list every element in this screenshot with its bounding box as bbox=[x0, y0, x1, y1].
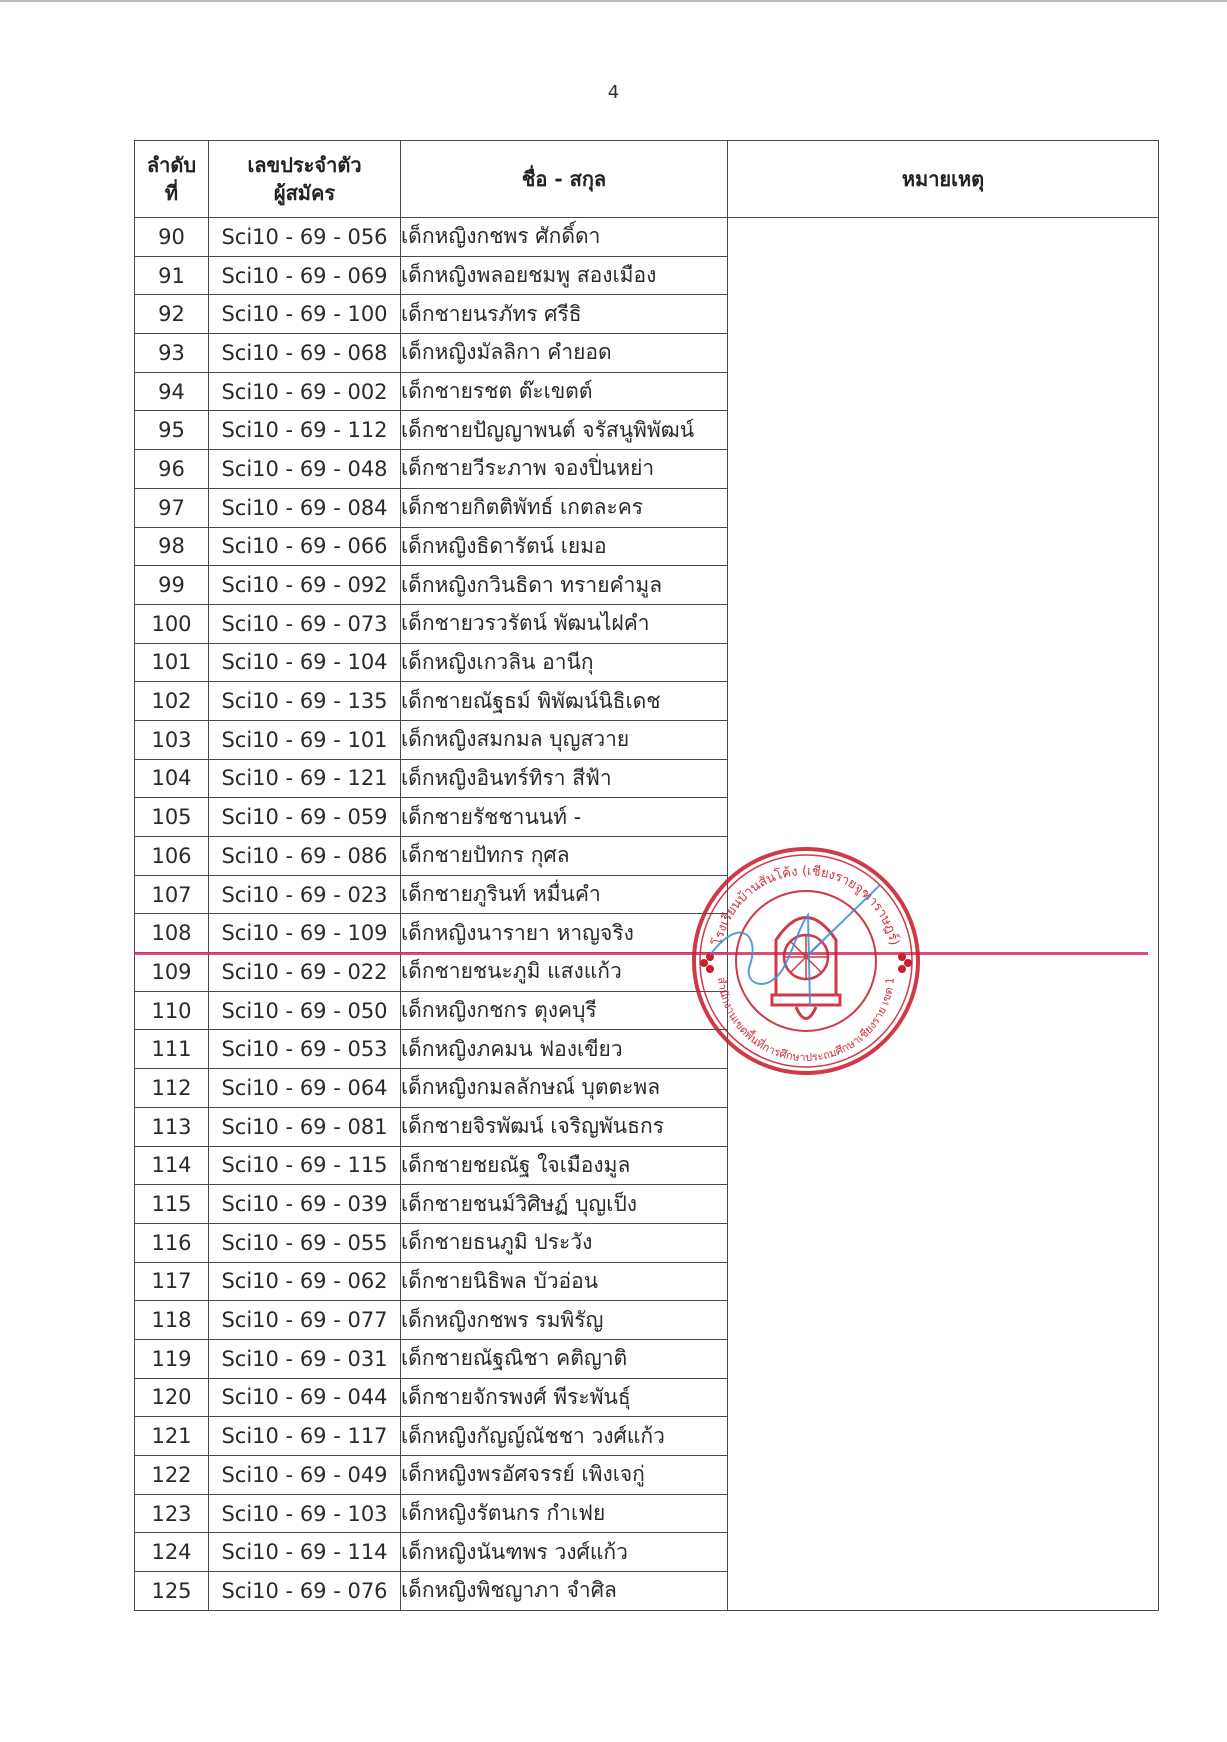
order-number-cell: 121 bbox=[135, 1417, 209, 1456]
applicant-id-cell: Sci10 - 69 - 086 bbox=[209, 837, 401, 876]
applicant-id-cell: Sci10 - 69 - 073 bbox=[209, 604, 401, 643]
order-number-cell: 125 bbox=[135, 1572, 209, 1611]
school-seal-stamp: โรงเรียนบ้านสันโค้ง (เชียงรายจูฑาราษฎร์)… bbox=[690, 845, 922, 1077]
order-number-cell: 124 bbox=[135, 1533, 209, 1572]
full-name-cell: เด็กชายชยณัฐ ใจเมืองมูล bbox=[401, 1146, 728, 1185]
full-name-cell: เด็กชายณัฐณิชา คติญาติ bbox=[401, 1339, 728, 1378]
table-row: 90Sci10 - 69 - 056เด็กหญิงกชพร ศักดิ์ดา bbox=[135, 218, 1159, 257]
applicant-id-cell: Sci10 - 69 - 044 bbox=[209, 1378, 401, 1417]
applicant-id-cell: Sci10 - 69 - 092 bbox=[209, 566, 401, 605]
full-name-cell: เด็กชายจักรพงศ์ พีระพันธุ์ bbox=[401, 1378, 728, 1417]
table-body: 90Sci10 - 69 - 056เด็กหญิงกชพร ศักดิ์ดา9… bbox=[135, 218, 1159, 1611]
header-applicant-id-line2: ผู้สมัคร bbox=[209, 179, 400, 207]
applicant-id-cell: Sci10 - 69 - 103 bbox=[209, 1494, 401, 1533]
full-name-cell: เด็กชายรัชชานนท์ - bbox=[401, 798, 728, 837]
order-number-cell: 112 bbox=[135, 1069, 209, 1108]
full-name-cell: เด็กชายธนภูมิ ประวัง bbox=[401, 1223, 728, 1262]
full-name-cell: เด็กหญิงพลอยชมพู สองเมือง bbox=[401, 256, 728, 295]
full-name-cell: เด็กชายวีระภาพ จองปิ่นหย่า bbox=[401, 450, 728, 489]
full-name-cell: เด็กหญิงกชพร ศักดิ์ดา bbox=[401, 218, 728, 257]
order-number-cell: 96 bbox=[135, 450, 209, 489]
order-number-cell: 116 bbox=[135, 1223, 209, 1262]
applicant-id-cell: Sci10 - 69 - 068 bbox=[209, 334, 401, 373]
full-name-cell: เด็กชายปัญญาพนต์ จรัสนูพิพัฒน์ bbox=[401, 411, 728, 450]
applicant-id-cell: Sci10 - 69 - 069 bbox=[209, 256, 401, 295]
order-number-cell: 102 bbox=[135, 682, 209, 721]
header-full-name: ชื่อ - สกุล bbox=[401, 141, 728, 218]
order-number-cell: 104 bbox=[135, 759, 209, 798]
header-applicant-id: เลขประจำตัว ผู้สมัคร bbox=[209, 141, 401, 218]
order-number-cell: 103 bbox=[135, 720, 209, 759]
applicant-id-cell: Sci10 - 69 - 081 bbox=[209, 1107, 401, 1146]
header-order-no-line2: ที่ bbox=[135, 179, 208, 207]
order-number-cell: 105 bbox=[135, 798, 209, 837]
applicant-id-cell: Sci10 - 69 - 112 bbox=[209, 411, 401, 450]
applicant-id-cell: Sci10 - 69 - 084 bbox=[209, 488, 401, 527]
order-number-cell: 111 bbox=[135, 1030, 209, 1069]
scan-top-edge bbox=[0, 0, 1227, 2]
order-number-cell: 97 bbox=[135, 488, 209, 527]
applicant-id-cell: Sci10 - 69 - 101 bbox=[209, 720, 401, 759]
full-name-cell: เด็กชายวรวรัตน์ พัฒนไฝคำ bbox=[401, 604, 728, 643]
order-number-cell: 114 bbox=[135, 1146, 209, 1185]
order-number-cell: 119 bbox=[135, 1339, 209, 1378]
order-number-cell: 93 bbox=[135, 334, 209, 373]
full-name-cell: เด็กชายชนม์วิศิษฏ์ บุญเป็ง bbox=[401, 1185, 728, 1224]
full-name-cell: เด็กชายรชต ต๊ะเขตต์ bbox=[401, 372, 728, 411]
full-name-cell: เด็กหญิงอินทร์ทิรา สีฟ้า bbox=[401, 759, 728, 798]
full-name-cell: เด็กชายกิตติพัทธ์ เกตละคร bbox=[401, 488, 728, 527]
order-number-cell: 92 bbox=[135, 295, 209, 334]
full-name-cell: เด็กหญิงกวินธิดา ทรายคำมูล bbox=[401, 566, 728, 605]
order-number-cell: 100 bbox=[135, 604, 209, 643]
applicant-id-cell: Sci10 - 69 - 039 bbox=[209, 1185, 401, 1224]
applicant-id-cell: Sci10 - 69 - 100 bbox=[209, 295, 401, 334]
applicant-id-cell: Sci10 - 69 - 109 bbox=[209, 914, 401, 953]
order-number-cell: 94 bbox=[135, 372, 209, 411]
order-number-cell: 122 bbox=[135, 1456, 209, 1495]
order-number-cell: 98 bbox=[135, 527, 209, 566]
full-name-cell: เด็กหญิงสมกมล บุญสวาย bbox=[401, 720, 728, 759]
order-number-cell: 118 bbox=[135, 1301, 209, 1340]
full-name-cell: เด็กชายณัฐธม์ พิพัฒน์นิธิเดช bbox=[401, 682, 728, 721]
applicant-table: ลำดับ ที่ เลขประจำตัว ผู้สมัคร ชื่อ - สก… bbox=[134, 140, 1159, 1611]
order-number-cell: 110 bbox=[135, 991, 209, 1030]
full-name-cell: เด็กชายนิธิพล บัวอ่อน bbox=[401, 1262, 728, 1301]
full-name-cell: เด็กหญิงกชพร รมพิรัญ bbox=[401, 1301, 728, 1340]
header-order-no-line1: ลำดับ bbox=[135, 151, 208, 179]
order-number-cell: 106 bbox=[135, 837, 209, 876]
full-name-cell: เด็กชายชนะภูมิ แสงแก้ว bbox=[401, 953, 728, 992]
order-number-cell: 91 bbox=[135, 256, 209, 295]
order-number-cell: 95 bbox=[135, 411, 209, 450]
full-name-cell: เด็กชายนรภัทร ศรีธิ bbox=[401, 295, 728, 334]
full-name-cell: เด็กหญิงนันฑพร วงศ์แก้ว bbox=[401, 1533, 728, 1572]
applicant-id-cell: Sci10 - 69 - 048 bbox=[209, 450, 401, 489]
full-name-cell: เด็กหญิงกชกร ตุงคบุรี bbox=[401, 991, 728, 1030]
applicant-id-cell: Sci10 - 69 - 066 bbox=[209, 527, 401, 566]
order-number-cell: 113 bbox=[135, 1107, 209, 1146]
order-number-cell: 101 bbox=[135, 643, 209, 682]
applicant-id-cell: Sci10 - 69 - 050 bbox=[209, 991, 401, 1030]
applicant-id-cell: Sci10 - 69 - 056 bbox=[209, 218, 401, 257]
order-number-cell: 99 bbox=[135, 566, 209, 605]
full-name-cell: เด็กหญิงนารายา หาญจริง bbox=[401, 914, 728, 953]
table-header-row: ลำดับ ที่ เลขประจำตัว ผู้สมัคร ชื่อ - สก… bbox=[135, 141, 1159, 218]
full-name-cell: เด็กหญิงรัตนกร กำเฟย bbox=[401, 1494, 728, 1533]
applicant-id-cell: Sci10 - 69 - 104 bbox=[209, 643, 401, 682]
applicant-id-cell: Sci10 - 69 - 055 bbox=[209, 1223, 401, 1262]
order-number-cell: 117 bbox=[135, 1262, 209, 1301]
applicant-id-cell: Sci10 - 69 - 053 bbox=[209, 1030, 401, 1069]
applicant-id-cell: Sci10 - 69 - 076 bbox=[209, 1572, 401, 1611]
order-number-cell: 107 bbox=[135, 875, 209, 914]
full-name-cell: เด็กชายภูรินท์ หมื่นคำ bbox=[401, 875, 728, 914]
applicant-id-cell: Sci10 - 69 - 023 bbox=[209, 875, 401, 914]
applicant-id-cell: Sci10 - 69 - 059 bbox=[209, 798, 401, 837]
red-underline-annotation bbox=[134, 952, 1148, 955]
header-applicant-id-line1: เลขประจำตัว bbox=[209, 151, 400, 179]
applicant-id-cell: Sci10 - 69 - 022 bbox=[209, 953, 401, 992]
full-name-cell: เด็กหญิงเกวลิน อานีกุ bbox=[401, 643, 728, 682]
applicant-id-cell: Sci10 - 69 - 062 bbox=[209, 1262, 401, 1301]
applicant-id-cell: Sci10 - 69 - 002 bbox=[209, 372, 401, 411]
applicant-id-cell: Sci10 - 69 - 115 bbox=[209, 1146, 401, 1185]
full-name-cell: เด็กหญิงธิดารัตน์ เยมอ bbox=[401, 527, 728, 566]
full-name-cell: เด็กหญิงกมลลักษณ์ บุตตะพล bbox=[401, 1069, 728, 1108]
order-number-cell: 90 bbox=[135, 218, 209, 257]
full-name-cell: เด็กหญิงพรอัศจรรย์ เพิงเจกู่ bbox=[401, 1456, 728, 1495]
order-number-cell: 120 bbox=[135, 1378, 209, 1417]
order-number-cell: 115 bbox=[135, 1185, 209, 1224]
applicant-id-cell: Sci10 - 69 - 064 bbox=[209, 1069, 401, 1108]
order-number-cell: 123 bbox=[135, 1494, 209, 1533]
order-number-cell: 109 bbox=[135, 953, 209, 992]
header-remark: หมายเหตุ bbox=[728, 141, 1159, 218]
full-name-cell: เด็กชายจิรพัฒน์ เจริญพันธกร bbox=[401, 1107, 728, 1146]
header-order-no: ลำดับ ที่ bbox=[135, 141, 209, 218]
full-name-cell: เด็กหญิงมัลลิกา คำยอด bbox=[401, 334, 728, 373]
full-name-cell: เด็กชายปัทกร กุศล bbox=[401, 837, 728, 876]
applicant-id-cell: Sci10 - 69 - 135 bbox=[209, 682, 401, 721]
full-name-cell: เด็กหญิงพิชญาภา จำศิล bbox=[401, 1572, 728, 1611]
applicant-id-cell: Sci10 - 69 - 117 bbox=[209, 1417, 401, 1456]
applicant-id-cell: Sci10 - 69 - 121 bbox=[209, 759, 401, 798]
applicant-id-cell: Sci10 - 69 - 031 bbox=[209, 1339, 401, 1378]
full-name-cell: เด็กหญิงภคมน ฟองเขียว bbox=[401, 1030, 728, 1069]
applicant-id-cell: Sci10 - 69 - 077 bbox=[209, 1301, 401, 1340]
order-number-cell: 108 bbox=[135, 914, 209, 953]
page-number: 4 bbox=[0, 82, 1227, 103]
applicant-id-cell: Sci10 - 69 - 114 bbox=[209, 1533, 401, 1572]
applicant-id-cell: Sci10 - 69 - 049 bbox=[209, 1456, 401, 1495]
full-name-cell: เด็กหญิงกัญญ์ณัชชา วงศ์แก้ว bbox=[401, 1417, 728, 1456]
